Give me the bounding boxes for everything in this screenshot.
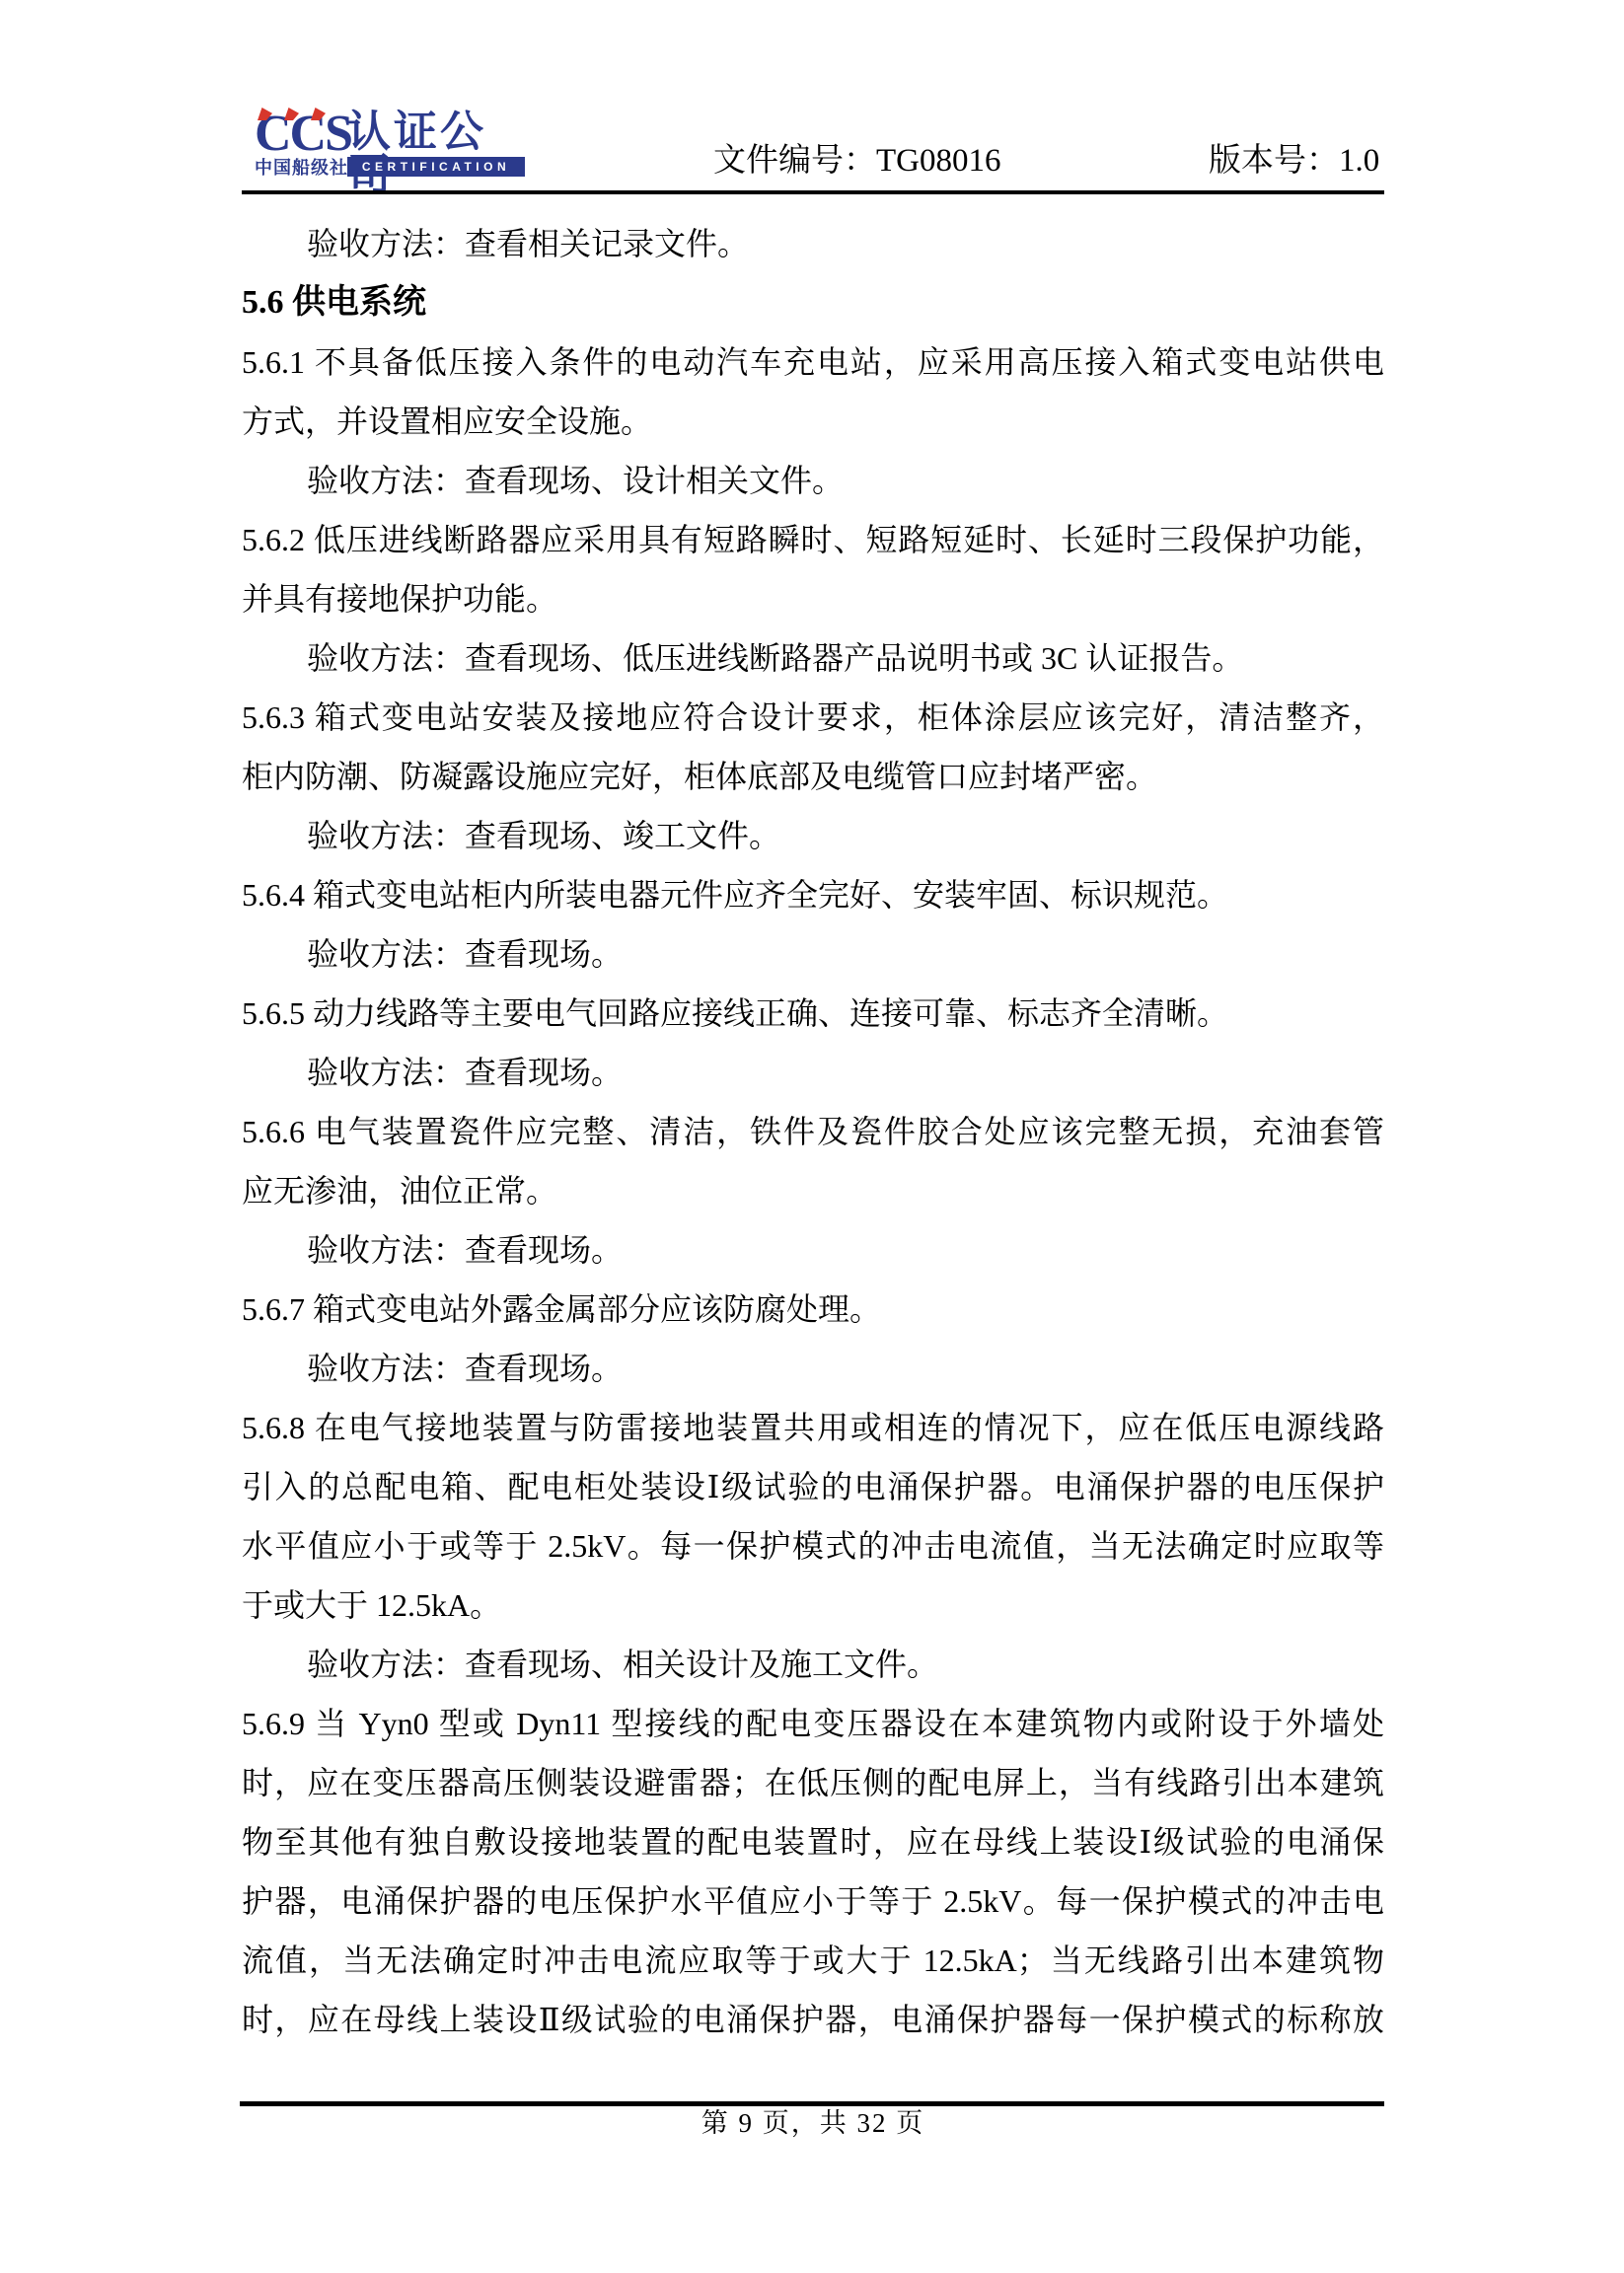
ccs-logo-certification-text: CERTIFICATION: [362, 161, 510, 173]
ccs-logo-org-text: 中国船级社: [255, 159, 348, 177]
text-line: 5.6.4 箱式变电站柜内所装电器元件应齐全完好、安装牢固、标识规范。: [242, 876, 1384, 914]
text-line: 柜内防潮、防凝露设施应完好，柜体底部及电缆管口应封堵严密。: [242, 758, 1384, 795]
text-line: 时，应在母线上装设Ⅱ级试验的电涌保护器，电涌保护器每一保护模式的标称放: [242, 2001, 1384, 2038]
text-line: 5.6.2 低压进线断路器应采用具有短路瞬时、短路短延时、长延时三段保护功能，: [242, 521, 1384, 558]
document-page: CCS 认证公司 中国船级社 CERTIFICATION 文件编号：TG0801…: [0, 0, 1624, 2273]
text-line: 水平值应小于或等于 2.5kV。每一保护模式的冲击电流值，当无法确定时应取等: [242, 1527, 1384, 1565]
page-number: 第 9 页，共 32 页: [242, 2110, 1384, 2137]
text-line: 物至其他有独自敷设接地装置的配电装置时，应在母线上装设Ⅰ级试验的电涌保: [242, 1823, 1384, 1861]
text-line: 5.6.6 电气装置瓷件应完整、清洁，铁件及瓷件胶合处应该完整无损，充油套管: [242, 1113, 1384, 1150]
text-line: 方式，并设置相应安全设施。: [242, 403, 1384, 440]
version-value: 1.0: [1339, 143, 1379, 179]
ccs-logo-certification-bar: CERTIFICATION: [347, 157, 525, 177]
text-line: 5.6.3 箱式变电站安装及接地应符合设计要求，柜体涂层应该完好，清洁整齐，: [242, 698, 1384, 736]
text-line: 验收方法：查看现场。: [242, 1231, 1384, 1269]
ccs-logo: CCS 认证公司 中国船级社 CERTIFICATION: [255, 114, 525, 178]
doc-number: 文件编号：TG08016: [713, 145, 1001, 178]
text-line: 5.6.1 不具备低压接入条件的电动汽车充电站，应采用高压接入箱式变电站供电: [242, 343, 1384, 381]
section-heading: 5.6 供电系统: [242, 284, 1384, 322]
text-line: 验收方法：查看现场、低压进线断路器产品说明书或 3C 认证报告。: [242, 639, 1384, 677]
text-line: 5.6.7 箱式变电站外露金属部分应该防腐处理。: [242, 1290, 1384, 1328]
text-line: 护器，电涌保护器的电压保护水平值应小于等于 2.5kV。每一保护模式的冲击电: [242, 1882, 1384, 1920]
version-number: 版本号：1.0: [1209, 145, 1379, 178]
text-line: 验收方法：查看现场。: [242, 935, 1384, 973]
text-line: 验收方法：查看现场、竣工文件。: [242, 817, 1384, 854]
text-line: 时，应在变压器高压侧装设避雷器；在低压侧的配电屏上，当有线路引出本建筑: [242, 1764, 1384, 1801]
text-line: 验收方法：查看现场、相关设计及施工文件。: [242, 1646, 1384, 1683]
text-line: 5.6.8 在电气接地装置与防雷接地装置共用或相连的情况下，应在低压电源线路: [242, 1409, 1384, 1446]
text-line: 5.6.9 当 Yyn0 型或 Dyn11 型接线的配电变压器设在本建筑物内或附…: [242, 1705, 1384, 1742]
header-divider: [242, 190, 1384, 194]
ccs-logo-company-text: 认证公司: [347, 110, 525, 197]
text-line: 应无渗油，油位正常。: [242, 1172, 1384, 1210]
text-line: 于或大于 12.5kA。: [242, 1586, 1384, 1624]
version-label: 版本号：: [1209, 143, 1339, 179]
doc-number-label: 文件编号：: [713, 143, 876, 179]
text-line: 验收方法：查看现场。: [242, 1350, 1384, 1387]
text-line: 5.6.5 动力线路等主要电气回路应接线正确、连接可靠、标志齐全清晰。: [242, 994, 1384, 1032]
text-line: 引入的总配电箱、配电柜处装设Ⅰ级试验的电涌保护器。电涌保护器的电压保护: [242, 1468, 1384, 1505]
footer-divider: [240, 2101, 1384, 2106]
text-line: 流值，当无法确定时冲击电流应取等于或大于 12.5kA；当无线路引出本建筑物: [242, 1942, 1384, 1979]
text-line: 验收方法：查看现场。: [242, 1054, 1384, 1091]
text-line: 并具有接地保护功能。: [242, 580, 1384, 618]
doc-number-value: TG08016: [876, 143, 1001, 179]
text-line: 验收方法：查看相关记录文件。: [242, 225, 1384, 262]
text-line: 验收方法：查看现场、设计相关文件。: [242, 462, 1384, 499]
